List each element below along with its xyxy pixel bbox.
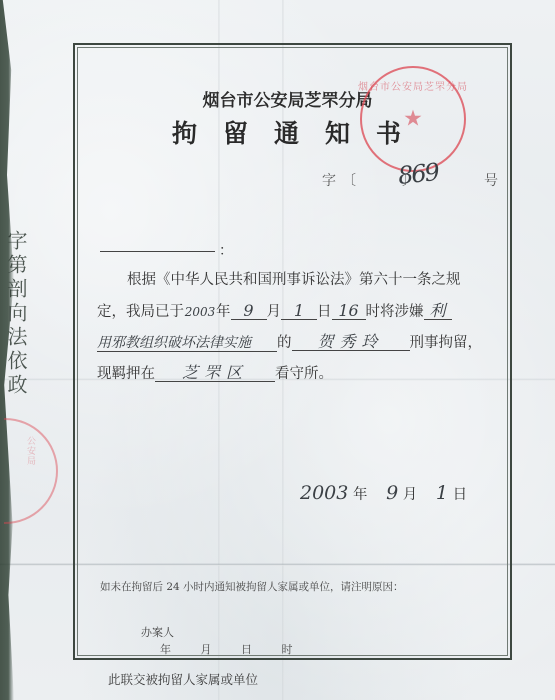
document-title: 拘留通知书 [0, 114, 555, 150]
body-line-4: 现羁押在芝罘区看守所。 [97, 362, 333, 383]
seal-text: 烟台市公安局芝罘分局 [358, 78, 468, 93]
month-label: 月 [267, 304, 282, 320]
detain-month: 9 [231, 303, 267, 320]
detain-year: 2003 [184, 304, 216, 320]
crime-suffix: 的 [277, 335, 292, 351]
signed-day-label: 日 [453, 487, 468, 503]
adjacent-stub-text: 字第剖向法依政 [2, 230, 32, 398]
year-label: 年 [216, 304, 231, 320]
addressee-blank [100, 235, 215, 252]
notification-note: 如未在拘留后 24 小时内通知被拘留人家属或单位，请注明原因： [100, 579, 404, 594]
official-seal: 烟台市公安局芝罘分局 ★ [360, 66, 466, 172]
held-prefix: 现羁押在 [97, 366, 155, 382]
line2-prefix: 定，我局已于 [97, 304, 184, 320]
detain-hour: 16 [332, 303, 366, 320]
handler-day-label: 日 [241, 643, 252, 656]
signed-day: 1 [436, 482, 448, 504]
handler-date-labels: 年 月 日 时 [160, 641, 319, 657]
handler-month-label: 月 [201, 643, 212, 656]
addressee-colon: ： [219, 240, 233, 260]
hour-label: 时将涉嫌 [366, 304, 424, 320]
docnum-value: 869 [397, 158, 440, 190]
detention-center: 芝罘区 [155, 365, 275, 382]
signed-month: 9 [386, 482, 398, 504]
star-icon: ★ [403, 107, 423, 132]
docnum-suffix: 号 [484, 170, 498, 190]
signed-date: 2003 年 9 月 1 日 [300, 482, 467, 504]
body-line-3: 用邪教组织破坏法律实施的贺秀玲刑事拘留， [97, 331, 482, 352]
crime-start: 利 [424, 303, 452, 320]
body-line-1: 根据《中华人民共和国刑事诉讼法》第六十一条之规 [127, 268, 461, 289]
day-label: 日 [317, 304, 332, 320]
case-handler-label: 办案人 [141, 624, 174, 640]
issuing-agency: 烟台市公安局芝罘分局 [0, 86, 555, 111]
body-line-2: 定，我局已于2003年9月1日16时将涉嫌利 [97, 300, 452, 321]
signed-year: 2003 [300, 482, 348, 504]
official-seal-partial: 公安局 [4, 418, 58, 524]
document-number: 字〔〕 869 号 [322, 170, 422, 190]
handler-year-label: 年 [160, 643, 171, 656]
signed-year-label: 年 [353, 487, 368, 503]
detention-label: 刑事拘留， [410, 335, 483, 351]
docnum-prefix: 字 [322, 173, 336, 189]
bracket-open: 〔 [342, 173, 356, 189]
copy-recipient-note: 此联交被拘留人家属或单位 [108, 670, 258, 688]
signed-month-label: 月 [403, 487, 418, 503]
detain-day: 1 [281, 303, 317, 320]
crime-description: 用邪教组织破坏法律实施 [97, 335, 277, 352]
detainee-name: 贺秀玲 [292, 334, 410, 351]
held-suffix: 看守所。 [275, 366, 333, 382]
handler-hour-label: 时 [282, 643, 293, 656]
seal-text: 公安局 [24, 436, 37, 466]
